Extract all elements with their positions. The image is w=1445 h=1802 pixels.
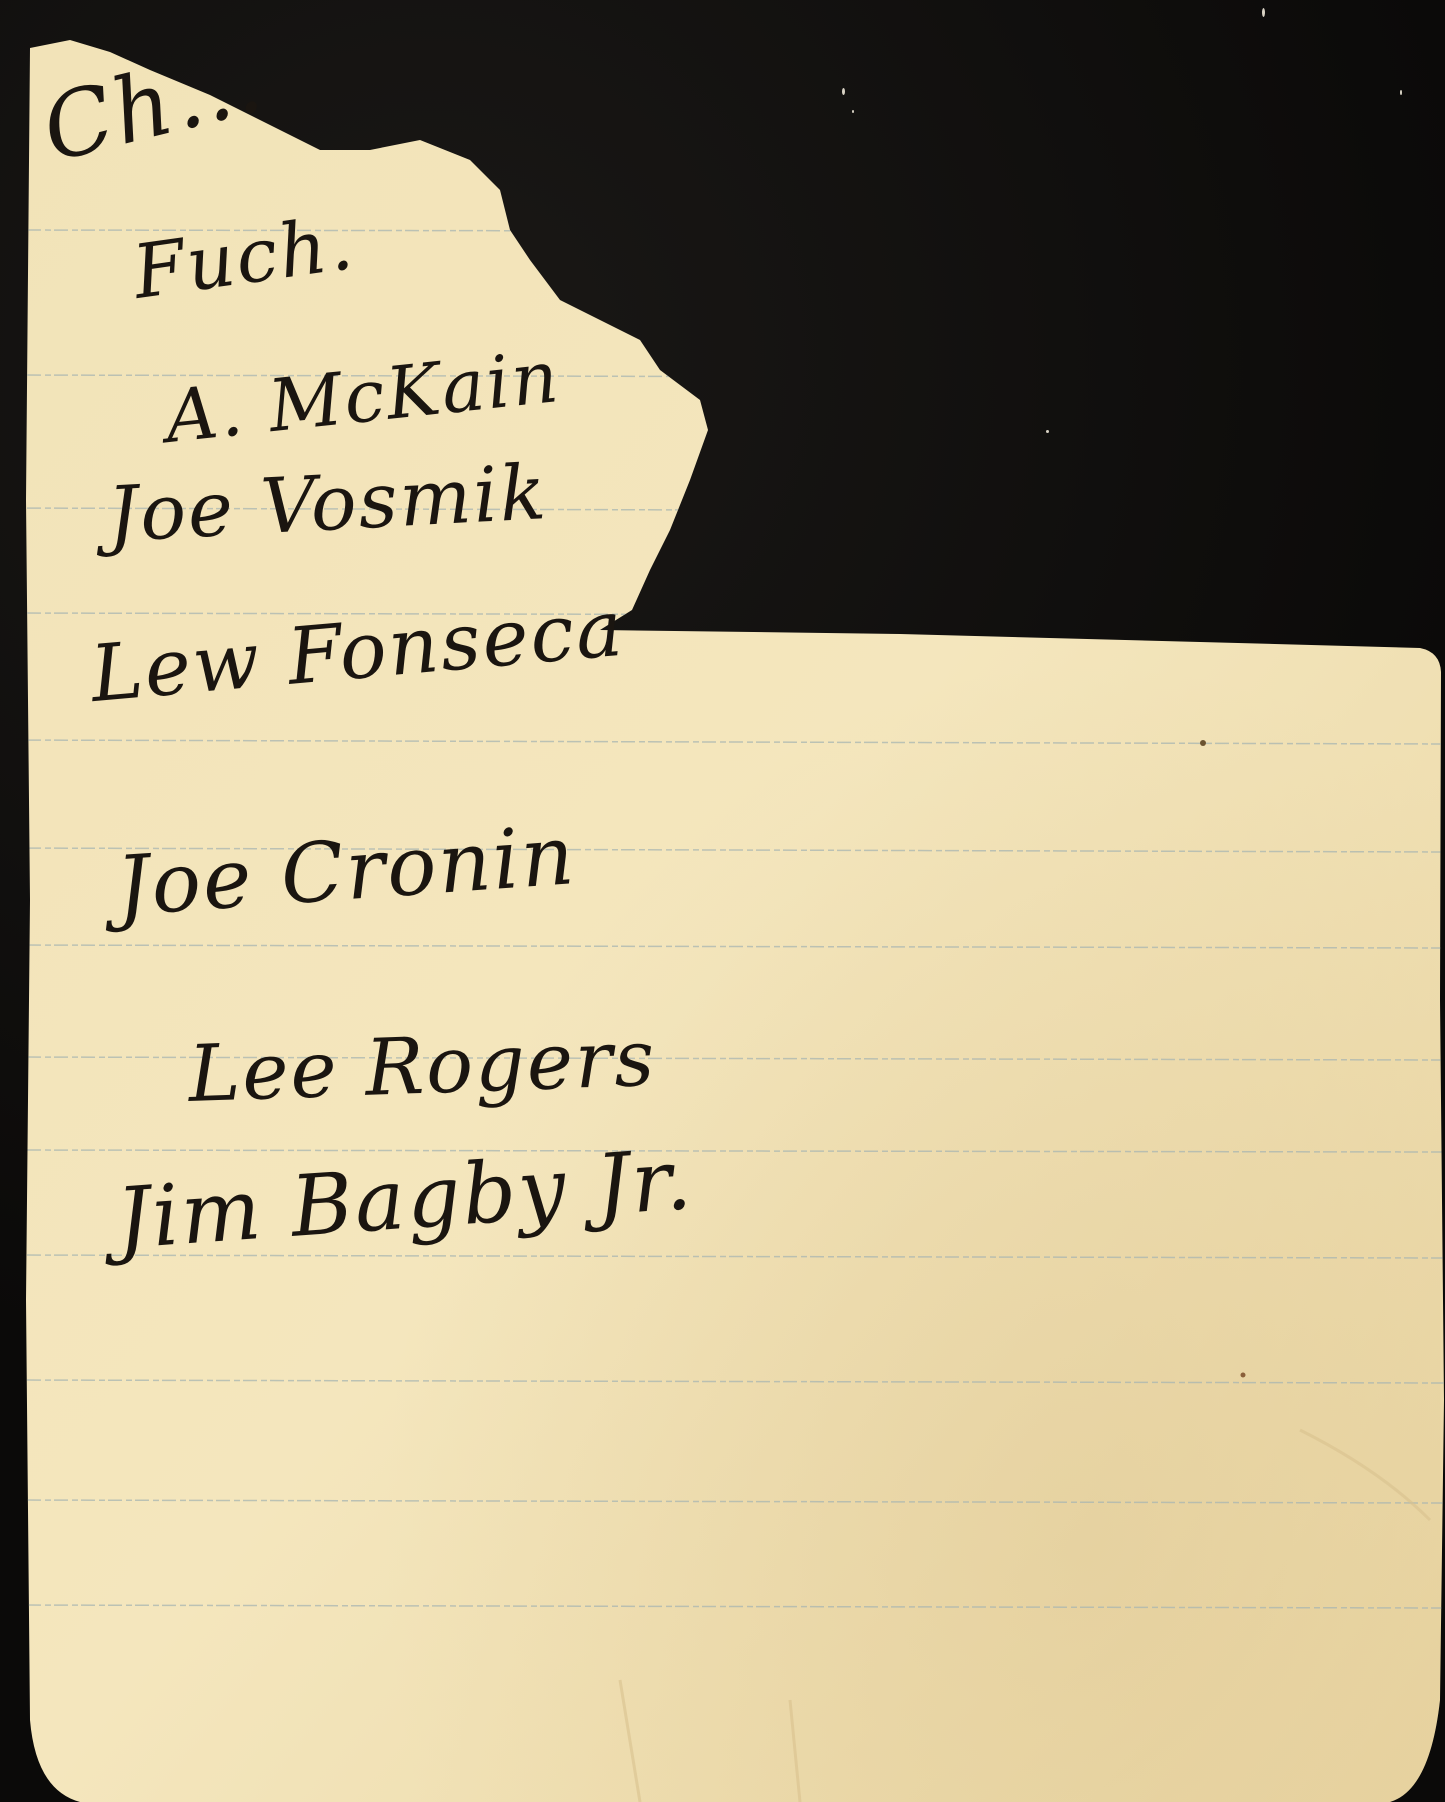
signature-7: Lee Rogers xyxy=(187,1014,658,1120)
